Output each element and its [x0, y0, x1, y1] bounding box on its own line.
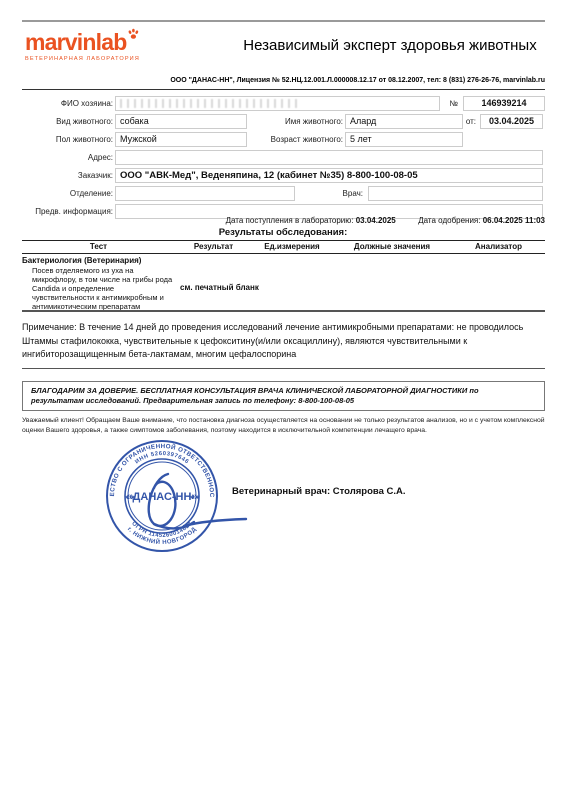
stamp-center-text: «ДАНАС-НН»	[126, 491, 197, 503]
table-bottom-line	[22, 310, 545, 312]
marvinlab-logo: marvinlab ВЕТЕРИНАРНАЯ ЛАБОРАТОРИЯ	[25, 30, 140, 62]
received-label: Дата поступления в лабораторию:	[226, 216, 354, 225]
results-heading: Результаты обследования:	[0, 227, 566, 238]
address-label: Адрес:	[23, 150, 113, 165]
address-field[interactable]	[115, 150, 543, 165]
table-top-line	[22, 240, 545, 241]
doctor-field[interactable]	[368, 186, 543, 201]
owner-field[interactable]	[115, 96, 440, 111]
lab-dates: Дата поступления в лабораторию: 03.04.20…	[22, 216, 545, 225]
logo-subtitle: ВЕТЕРИНАРНАЯ ЛАБОРАТОРИЯ	[25, 56, 140, 62]
company-stamp: ОБЩЕСТВО С ОГРАНИЧЕННОЙ ОТВЕТСТВЕННОСТЬЮ…	[98, 438, 258, 565]
note-text: Примечание: В течение 14 дней до проведе…	[22, 321, 534, 362]
received-value: 03.04.2025	[356, 216, 396, 225]
paw-icon	[127, 28, 140, 46]
customer-field[interactable]: ООО "АВК-Мед", Веденяпина, 12 (кабинет №…	[115, 168, 543, 183]
species-label: Вид животного:	[23, 114, 113, 129]
section-title: Бактериология (Ветеринария)	[22, 256, 141, 265]
logo-text: marvinlab	[25, 30, 126, 54]
doctor-label: Врач:	[320, 186, 363, 201]
thanks-text: БЛАГОДАРИМ ЗА ДОВЕРИЕ. БЕСПЛАТНАЯ КОНСУЛ…	[31, 386, 499, 406]
sex-field[interactable]: Мужской	[115, 132, 247, 147]
approved-value: 06.04.2025 11:03	[483, 216, 545, 225]
species-field[interactable]: собака	[115, 114, 247, 129]
thanks-box: БЛАГОДАРИМ ЗА ДОВЕРИЕ. БЕСПЛАТНАЯ КОНСУЛ…	[22, 381, 545, 411]
pet-name-label: Имя животного:	[250, 114, 343, 129]
from-date-field[interactable]: 03.04.2025	[480, 114, 543, 129]
vet-doctor-line: Ветеринарный врач: Столярова С.А.	[232, 486, 406, 497]
header-divider	[22, 89, 545, 90]
pet-name-field[interactable]: Алард	[345, 114, 463, 129]
license-line: ООО "ДАНАС-НН", Лицензия № 52.НЦ.12.001.…	[22, 77, 545, 84]
disclaimer-text: Уважаемый клиент! Обращаем Ваше внимание…	[22, 416, 545, 435]
age-field[interactable]: 5 лет	[345, 132, 463, 147]
col-analyzer: Анализатор	[452, 242, 545, 251]
from-label: от:	[460, 114, 476, 129]
table-row-test: Посев отделяемого из уха на микрофлору, …	[32, 266, 174, 311]
approved-label: Дата одобрения:	[418, 216, 480, 225]
owner-label: ФИО хозяина:	[23, 96, 113, 111]
top-divider	[22, 20, 545, 22]
table-header-line	[22, 253, 545, 254]
number-label: №	[440, 96, 458, 111]
note-divider	[22, 368, 545, 369]
customer-label: Заказчик:	[23, 168, 113, 183]
department-field[interactable]	[115, 186, 295, 201]
table-header: Тест Результат Ед.измерения Должные знач…	[22, 242, 545, 251]
stamp-stars-left: ✱ ✱	[125, 495, 135, 501]
number-field[interactable]: 146939214	[463, 96, 545, 111]
col-test: Тест	[22, 242, 175, 251]
table-row-result: см. печатный бланк	[180, 283, 259, 292]
lab-report-page: marvinlab ВЕТЕРИНАРНАЯ ЛАБОРАТОРИЯ Незав…	[0, 0, 566, 800]
sex-label: Пол животного:	[23, 132, 113, 147]
department-label: Отделение:	[23, 186, 113, 201]
col-reference: Должные значения	[332, 242, 452, 251]
col-result: Результат	[175, 242, 252, 251]
page-title: Независимый эксперт здоровья животных	[225, 37, 555, 54]
col-units: Ед.измерения	[252, 242, 332, 251]
stamp-stars-right: ✱ ✱	[190, 495, 200, 501]
age-label: Возраст животного:	[240, 132, 343, 147]
owner-name-redacted	[120, 99, 300, 108]
